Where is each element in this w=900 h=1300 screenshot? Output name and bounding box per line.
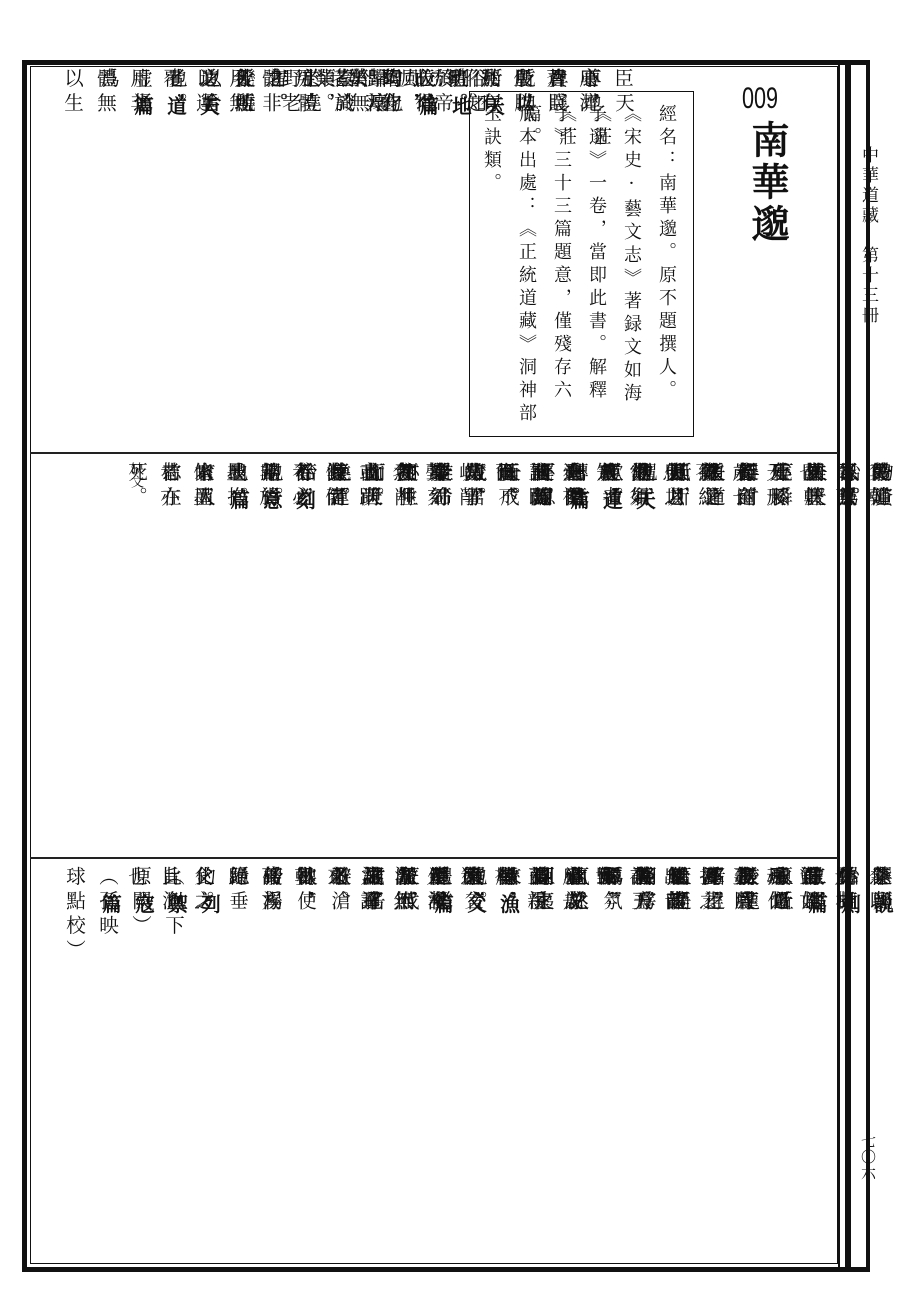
page-inner-frame	[30, 66, 838, 1264]
infobox-line: 經名：南華邈。原不題撰人。	[651, 104, 681, 403]
text-column: 用，體非用無以運覆，用非體無以生	[56, 68, 320, 117]
band-divider-2	[30, 857, 838, 859]
running-header: 中華道藏 第十三冊	[856, 146, 881, 326]
text-column-content: 修儒者必非於墨，脩墨者亦	[157, 462, 345, 511]
text-column: 修儒者必非於墨，脩墨者亦缺文	[86, 462, 416, 511]
bibliographic-infobox: 經名：南華邈。原不題撰人。 《宋史·藝文志》著録文如海《莊 子邈》一卷，當即此書…	[469, 91, 694, 437]
margin-rule-thin	[838, 60, 840, 1272]
band-divider-1	[30, 452, 838, 454]
scripture-number: 009	[742, 82, 778, 116]
editorial-note: （以下原闕） （孫映球點校）	[58, 866, 190, 954]
margin-rule-thick	[845, 60, 851, 1272]
page-number: 七〇六	[858, 1133, 879, 1181]
scripture-title: 南華邈	[740, 120, 795, 246]
lacuna-note: 缺文	[128, 462, 143, 488]
infobox-line: 底本出處：《正統道藏》洞神部	[511, 104, 541, 426]
